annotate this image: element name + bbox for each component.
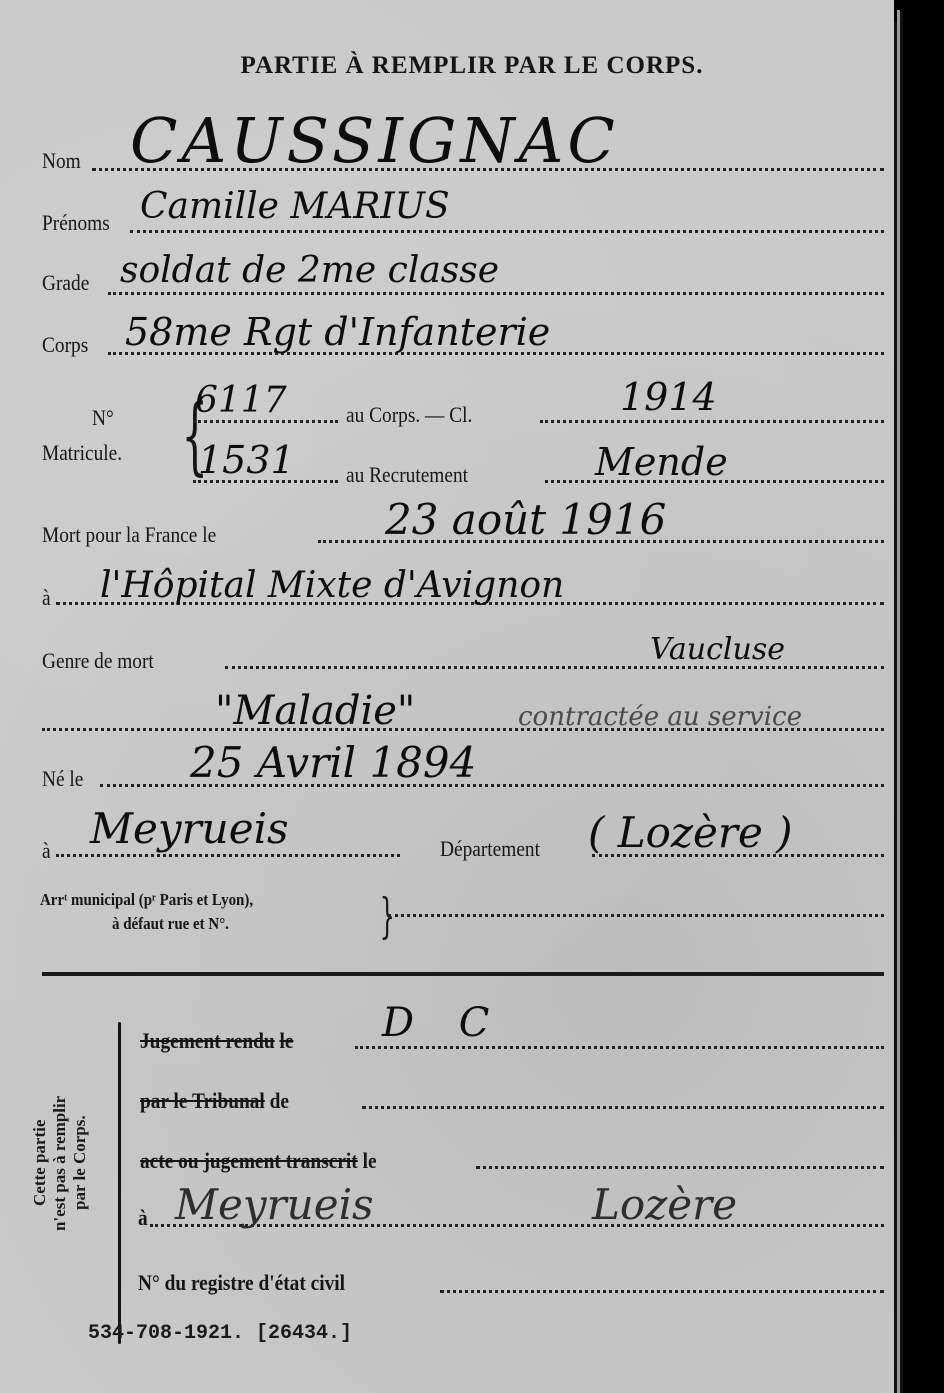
recrutement-number: 1531 xyxy=(198,438,295,482)
departement-label: Département xyxy=(440,836,540,862)
frame-rule-outer xyxy=(900,10,903,1393)
corps-value: 58me Rgt d'Infanterie xyxy=(125,310,550,354)
transcription-lieu-value: Meyrueis xyxy=(175,1180,374,1229)
grade-line xyxy=(108,292,884,295)
transcription-lieu-label: à xyxy=(138,1205,148,1231)
jugement-label: Jugement rendu le xyxy=(140,1028,293,1054)
grade-value: soldat de 2me classe xyxy=(120,250,499,291)
side-note-line-1: Cette partie xyxy=(30,1120,49,1206)
mort-label: Mort pour la France le xyxy=(42,522,216,548)
lieu-mort-annotation: Vaucluse xyxy=(650,632,785,667)
acte-line xyxy=(476,1166,884,1169)
grade-label: Grade xyxy=(42,270,89,296)
arrondissement-line xyxy=(388,914,884,917)
jugement-line xyxy=(355,1046,884,1049)
au-corps-line xyxy=(193,420,338,423)
print-reference: 534-708-1921. [26434.] xyxy=(88,1322,352,1345)
recrutement-value: Mende xyxy=(595,440,728,484)
lieu-mort-label: à xyxy=(42,585,51,611)
frame-rule-inner xyxy=(894,22,897,1393)
matricule-no-label: N° xyxy=(92,405,114,431)
jugement-value: D C xyxy=(382,1000,505,1046)
tribunal-line xyxy=(362,1106,884,1109)
au-corps-number: 6117 xyxy=(195,380,287,421)
prenoms-value: Camille MARIUS xyxy=(140,186,450,227)
lieu-naissance-line xyxy=(56,854,400,857)
side-note-line-2: n'est pas à remplir xyxy=(50,1095,69,1230)
classe-line xyxy=(540,420,884,423)
mort-value: 23 août 1916 xyxy=(385,495,666,544)
classe-value: 1914 xyxy=(620,375,717,419)
au-recrutement-label: au Recrutement xyxy=(346,462,468,488)
naissance-value: 25 Avril 1894 xyxy=(190,738,476,787)
form-heading: PARTIE À REMPLIR PAR LE CORPS. xyxy=(0,52,944,80)
departement-value: ( Lozère ) xyxy=(588,808,793,857)
acte-label-rest: le xyxy=(363,1148,377,1173)
naissance-label: Né le xyxy=(42,766,83,792)
matricule-label: Matricule. xyxy=(42,440,122,466)
lieu-naissance-label: à xyxy=(42,838,51,864)
acte-label-struck: acte ou jugement transcrit xyxy=(140,1148,358,1173)
registre-line xyxy=(440,1290,884,1293)
lieu-mort-value: l'Hôpital Mixte d'Avignon xyxy=(100,565,564,606)
tribunal-label-struck: par le Tribunal xyxy=(140,1088,265,1113)
side-note-line-3: par le Corps. xyxy=(70,1116,89,1211)
tribunal-label-rest: de xyxy=(270,1088,289,1113)
arrondissement-label-1: Arrᵗ municipal (pʳ Paris et Lyon), xyxy=(40,890,253,910)
genre-mort-line-2 xyxy=(42,728,884,731)
prenoms-line xyxy=(130,230,884,233)
tribunal-label: par le Tribunal de xyxy=(140,1088,289,1114)
corps-label: Corps xyxy=(42,332,88,358)
lieu-naissance-value: Meyrueis xyxy=(90,804,289,853)
nom-label: Nom xyxy=(42,148,81,174)
recrutement-number-line xyxy=(193,480,338,483)
section-divider xyxy=(42,972,884,976)
prenoms-label: Prénoms xyxy=(42,210,110,236)
jugement-label-struck: Jugement rendu xyxy=(140,1028,275,1053)
acte-label: acte ou jugement transcrit le xyxy=(140,1148,377,1174)
nom-value: CAUSSIGNAC xyxy=(130,104,619,177)
registre-label: N° du registre d'état civil xyxy=(138,1270,345,1296)
au-corps-label: au Corps. — Cl. xyxy=(346,402,472,428)
transcription-departement-value: Lozère xyxy=(592,1180,737,1229)
death-record-card: PARTIE À REMPLIR PAR LE CORPS. Nom CAUSS… xyxy=(0,0,894,1393)
lower-section-brace xyxy=(118,1022,121,1344)
genre-mort-label: Genre de mort xyxy=(42,648,154,674)
side-note: Cette partie n'est pas à remplir par le … xyxy=(30,1068,120,1258)
arrondissement-label-2: à défaut rue et N°. xyxy=(112,914,229,934)
genre-mort-line xyxy=(225,666,884,669)
jugement-label-rest: le xyxy=(279,1028,293,1053)
